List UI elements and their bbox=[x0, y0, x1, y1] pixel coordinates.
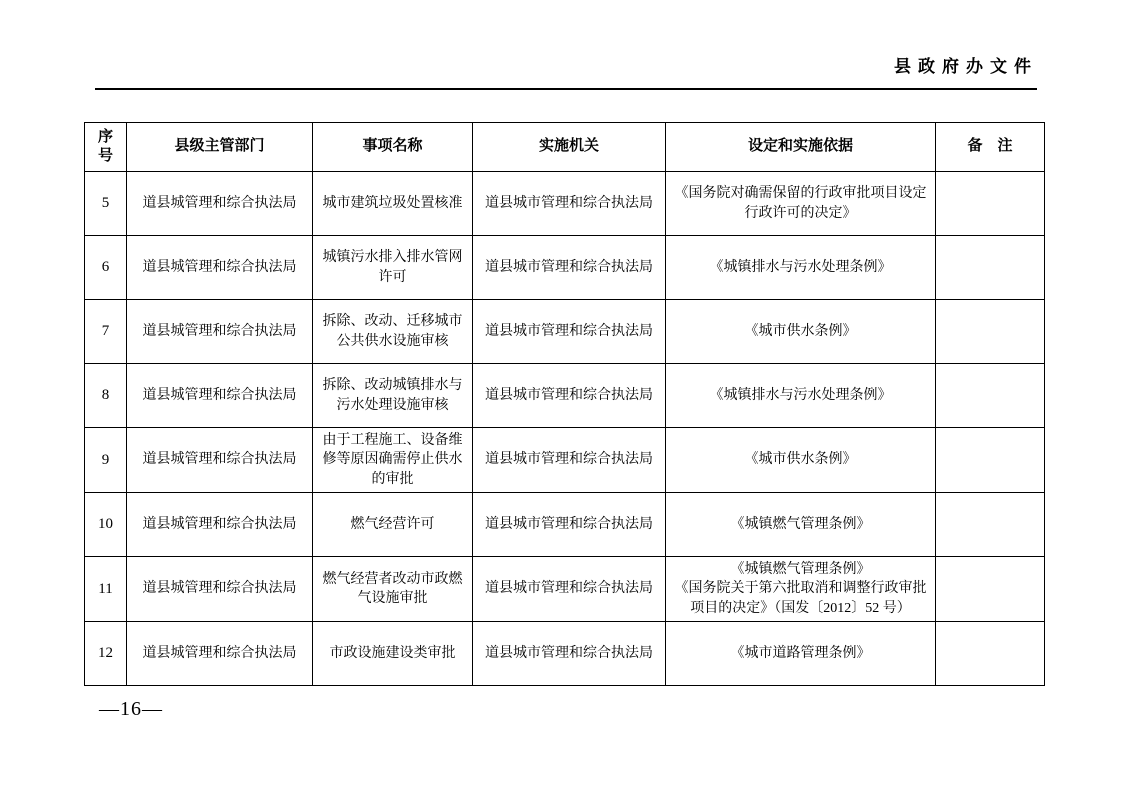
column-header-agency: 实施机关 bbox=[473, 123, 666, 172]
cell-basis: 《城镇燃气管理条例》 bbox=[666, 492, 936, 556]
cell-basis: 《城市道路管理条例》 bbox=[666, 621, 936, 685]
cell-dept: 道县城管理和综合执法局 bbox=[127, 236, 313, 300]
table-row: 12 道县城管理和综合执法局 市政设施建设类审批 道县城市管理和综合执法局 《城… bbox=[85, 621, 1045, 685]
table-row: 10 道县城管理和综合执法局 燃气经营许可 道县城市管理和综合执法局 《城镇燃气… bbox=[85, 492, 1045, 556]
table-row: 8 道县城管理和综合执法局 拆除、改动城镇排水与污水处理设施审核 道县城市管理和… bbox=[85, 364, 1045, 428]
cell-basis: 《国务院对确需保留的行政审批项目设定行政许可的决定》 bbox=[666, 172, 936, 236]
cell-item: 由于工程施工、设备维修等原因确需停止供水的审批 bbox=[313, 428, 473, 493]
table-header-row: 序号 县级主管部门 事项名称 实施机关 设定和实施依据 备 注 bbox=[85, 123, 1045, 172]
column-header-basis: 设定和实施依据 bbox=[666, 123, 936, 172]
column-header-seq: 序号 bbox=[85, 123, 127, 172]
table-row: 11 道县城管理和综合执法局 燃气经营者改动市政燃气设施审批 道县城市管理和综合… bbox=[85, 556, 1045, 621]
table-row: 7 道县城管理和综合执法局 拆除、改动、迁移城市公共供水设施审核 道县城市管理和… bbox=[85, 300, 1045, 364]
cell-dept: 道县城管理和综合执法局 bbox=[127, 492, 313, 556]
column-header-item: 事项名称 bbox=[313, 123, 473, 172]
cell-dept: 道县城管理和综合执法局 bbox=[127, 428, 313, 493]
cell-item: 拆除、改动城镇排水与污水处理设施审核 bbox=[313, 364, 473, 428]
cell-seq: 7 bbox=[85, 300, 127, 364]
cell-basis: 《城镇排水与污水处理条例》 bbox=[666, 236, 936, 300]
cell-dept: 道县城管理和综合执法局 bbox=[127, 364, 313, 428]
cell-item: 市政设施建设类审批 bbox=[313, 621, 473, 685]
cell-remark bbox=[936, 172, 1045, 236]
column-header-dept: 县级主管部门 bbox=[127, 123, 313, 172]
cell-item: 城市建筑垃圾处置核准 bbox=[313, 172, 473, 236]
page-number: —16— bbox=[99, 698, 163, 721]
cell-item: 燃气经营者改动市政燃气设施审批 bbox=[313, 556, 473, 621]
cell-item: 拆除、改动、迁移城市公共供水设施审核 bbox=[313, 300, 473, 364]
cell-basis: 《城镇燃气管理条例》 《国务院关于第六批取消和调整行政审批项目的决定》（国发〔2… bbox=[666, 556, 936, 621]
cell-agency: 道县城市管理和综合执法局 bbox=[473, 621, 666, 685]
column-header-remark: 备 注 bbox=[936, 123, 1045, 172]
cell-remark bbox=[936, 556, 1045, 621]
table-row: 5 道县城管理和综合执法局 城市建筑垃圾处置核准 道县城市管理和综合执法局 《国… bbox=[85, 172, 1045, 236]
cell-seq: 6 bbox=[85, 236, 127, 300]
approval-items-table: 序号 县级主管部门 事项名称 实施机关 设定和实施依据 备 注 5 道县城管理和… bbox=[84, 122, 1045, 686]
cell-agency: 道县城市管理和综合执法局 bbox=[473, 364, 666, 428]
cell-seq: 11 bbox=[85, 556, 127, 621]
cell-remark bbox=[936, 621, 1045, 685]
cell-seq: 12 bbox=[85, 621, 127, 685]
cell-dept: 道县城管理和综合执法局 bbox=[127, 172, 313, 236]
cell-dept: 道县城管理和综合执法局 bbox=[127, 556, 313, 621]
cell-basis: 《城镇排水与污水处理条例》 bbox=[666, 364, 936, 428]
table-row: 9 道县城管理和综合执法局 由于工程施工、设备维修等原因确需停止供水的审批 道县… bbox=[85, 428, 1045, 493]
cell-agency: 道县城市管理和综合执法局 bbox=[473, 172, 666, 236]
cell-item: 城镇污水排入排水管网许可 bbox=[313, 236, 473, 300]
cell-seq: 8 bbox=[85, 364, 127, 428]
header-rule bbox=[95, 88, 1037, 90]
document-header-label: 县政府办文件 bbox=[894, 52, 1038, 77]
cell-seq: 5 bbox=[85, 172, 127, 236]
cell-agency: 道县城市管理和综合执法局 bbox=[473, 236, 666, 300]
cell-remark bbox=[936, 428, 1045, 493]
cell-item: 燃气经营许可 bbox=[313, 492, 473, 556]
cell-remark bbox=[936, 300, 1045, 364]
cell-seq: 9 bbox=[85, 428, 127, 493]
cell-remark bbox=[936, 492, 1045, 556]
cell-basis: 《城市供水条例》 bbox=[666, 428, 936, 493]
cell-agency: 道县城市管理和综合执法局 bbox=[473, 428, 666, 493]
cell-basis: 《城市供水条例》 bbox=[666, 300, 936, 364]
cell-dept: 道县城管理和综合执法局 bbox=[127, 300, 313, 364]
cell-agency: 道县城市管理和综合执法局 bbox=[473, 492, 666, 556]
cell-agency: 道县城市管理和综合执法局 bbox=[473, 556, 666, 621]
cell-agency: 道县城市管理和综合执法局 bbox=[473, 300, 666, 364]
cell-remark bbox=[936, 236, 1045, 300]
cell-remark bbox=[936, 364, 1045, 428]
cell-dept: 道县城管理和综合执法局 bbox=[127, 621, 313, 685]
cell-seq: 10 bbox=[85, 492, 127, 556]
table-row: 6 道县城管理和综合执法局 城镇污水排入排水管网许可 道县城市管理和综合执法局 … bbox=[85, 236, 1045, 300]
